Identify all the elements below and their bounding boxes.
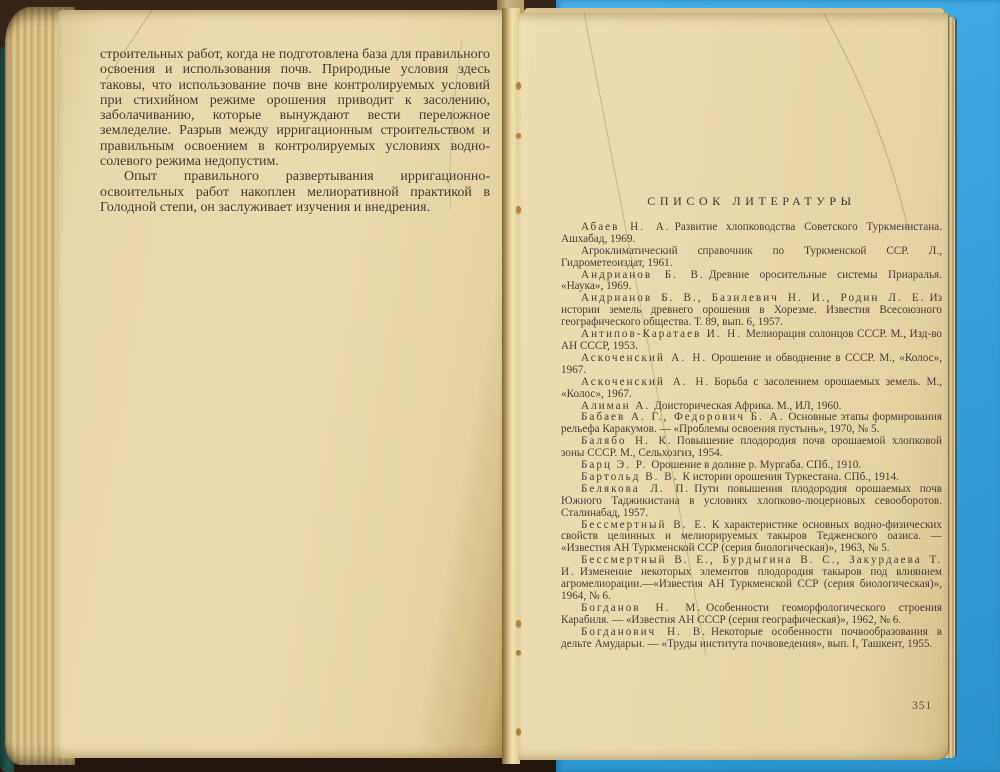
entry-text: Агроклиматический справочник по Туркменс…: [561, 245, 942, 269]
bibliography-title: СПИСОК ЛИТЕРАТУРЫ: [561, 196, 942, 208]
entry-author: Андрианов Б. В.: [581, 269, 705, 281]
entry-author: Бессмертный В. Е.: [581, 519, 708, 531]
binding-stitch: [516, 82, 521, 89]
binding-stitch: [516, 620, 521, 627]
entry-author: Андрианов Б. В., Базилевич Н. И., Родин …: [581, 292, 926, 304]
bibliography-entry: Аскоченский А. Н.Борьба с засолением оро…: [561, 377, 942, 401]
bibliography-entry: Аскоченский А. Н.Орошение и обводнение в…: [561, 353, 942, 377]
entry-author: Богданов Н. М.: [581, 602, 702, 614]
paragraph: строительных работ, когда не подготовлен…: [100, 47, 490, 169]
entry-author: Бартольд В. В.: [581, 471, 679, 483]
bibliography-entry: Богданович Н. В.Некоторые особенности по…: [561, 627, 942, 651]
bibliography-entry: Бабаев А. Г., Федорович Б. А.Основные эт…: [561, 412, 942, 436]
entry-text: К истории орошения Туркестана. СПб., 191…: [683, 471, 899, 483]
binding-stitch: [516, 133, 521, 138]
entry-text: Доисторическая Африка. М., ИЛ, 1960.: [654, 400, 841, 412]
entry-author: Аскоченский А. Н.: [581, 376, 710, 388]
entry-author: Богданович Н. В.: [581, 626, 707, 638]
bibliography-entry: Андрианов Б. В., Базилевич Н. И., Родин …: [561, 293, 942, 329]
entry-author: Балябо Н. К.: [581, 435, 673, 447]
entry-author: Барц Э. Р.: [581, 459, 647, 471]
binding-stitch: [516, 728, 521, 735]
entry-author: Бабаев А. Г., Федорович Б. А.: [581, 411, 784, 423]
entry-author: Абаев Н. А.: [581, 221, 671, 233]
book-spread-photo: строительных работ, когда не подготовлен…: [0, 0, 1000, 772]
entry-author: Антипов-Каратаев И. Н.: [581, 328, 742, 340]
bibliography-entry: Агроклиматический справочник по Туркменс…: [561, 246, 942, 270]
entry-author: Белякова Л. П.: [581, 483, 690, 495]
bibliography-entry: Абаев Н. А.Развитие хлопководства Советс…: [561, 222, 942, 246]
bibliography-entry: Бессмертный В. Е.К характеристике основн…: [561, 520, 942, 556]
entry-text: Изменение некоторых элементов плодородия…: [561, 566, 942, 602]
bibliography-entry: Балябо Н. К.Повышение плодородия почв ор…: [561, 436, 942, 460]
bibliography-entry: Богданов Н. М.Особенности геоморфологиче…: [561, 603, 942, 627]
binding-stitch: [516, 206, 521, 213]
bibliography-entry: Белякова Л. П.Пути повышения плодородия …: [561, 484, 942, 520]
bibliography-entry: Антипов-Каратаев И. Н.Мелиорация солонцо…: [561, 329, 942, 353]
bibliography: СПИСОК ЛИТЕРАТУРЫ Абаев Н. А.Развитие хл…: [561, 196, 942, 651]
entry-author: Аскоченский А. Н.: [581, 352, 707, 364]
entry-author: Алиман А.: [581, 400, 650, 412]
paragraph: Опыт правильного развертывания ирригацио…: [100, 169, 490, 215]
bibliography-entry: Андрианов Б. В.Древние оросительные сист…: [561, 270, 942, 294]
bibliography-entry: Бессмертный В. Е., Бурдыгина В. С., Заку…: [561, 555, 942, 603]
left-page-text: строительных работ, когда не подготовлен…: [100, 47, 490, 215]
binding-stitch: [516, 650, 521, 655]
page-number: 351: [912, 700, 932, 712]
entry-text: Орошение в долине р. Мургаба. СПб., 1910…: [651, 459, 861, 471]
